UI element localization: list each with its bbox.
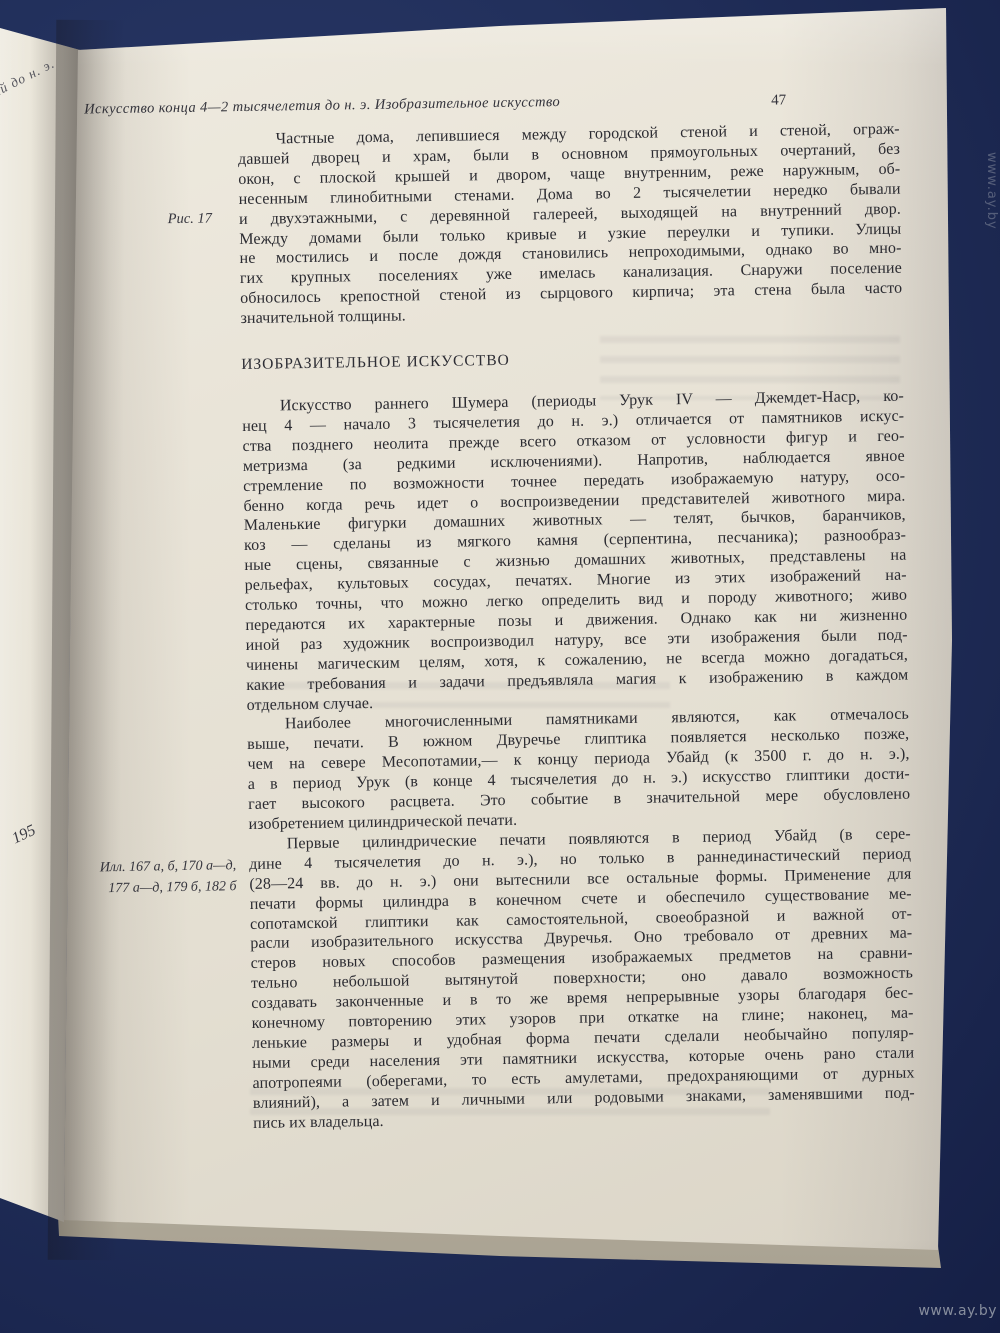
paragraph: Искусство раннего Шумера (периоды Урук I…	[242, 387, 909, 716]
book-page: Искусство конца 4—2 тысячелетия до н. э.…	[0, 0, 1000, 1333]
paragraph: Первые цилиндрические печати появляются …	[249, 824, 916, 1133]
margin-note-illustrations: Илл. 167 а, б, 170 а—д, 177 а—д, 179 б, …	[70, 855, 237, 900]
margin-note-illustrations-line1: Илл. 167 а, б, 170 а—д,	[70, 855, 236, 879]
running-header: Искусство конца 4—2 тысячелетия до н. э.…	[84, 94, 560, 118]
section-heading: ИЗОБРАЗИТЕЛЬНОЕ ИСКУССТВО	[241, 345, 903, 375]
body-text-column: Частные дома, лепившиеся между городской…	[238, 120, 916, 1134]
margin-note-figure: Рис. 17	[132, 210, 212, 228]
paragraph: Частные дома, лепившиеся между городской…	[238, 120, 903, 329]
margin-note-illustrations-line2: 177 а—д, 179 б, 182 б	[70, 876, 236, 900]
book-photo: { "colors": { "background_navy": "#22305…	[0, 0, 1000, 1333]
watermark-top-right: www.ay.by	[984, 152, 999, 230]
watermark-bottom-right: www.ay.by	[918, 1303, 997, 1319]
paragraph: Наиболее многочисленными памятниками явл…	[247, 705, 911, 835]
page-content: Искусство конца 4—2 тысячелетия до н. э.…	[0, 0, 1000, 1333]
page-number: 47	[771, 92, 786, 109]
